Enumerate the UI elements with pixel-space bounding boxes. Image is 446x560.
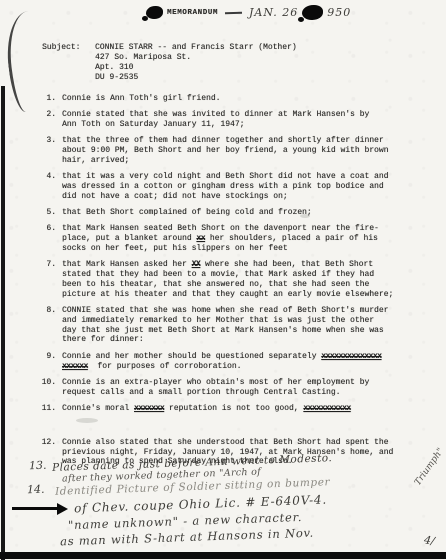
item-number: 3. [38,136,56,165]
handwritten-item-14-number: 14. [27,483,45,497]
item-text: Connie and her mother should be question… [62,352,426,372]
scan-edge-bottom [0,552,446,559]
subject-name: CONNIE STARR -- and Francis Starr (Mothe… [95,43,297,53]
memo-item: 4.that it was a very cold night and Beth… [38,172,430,201]
item-number: 6. [38,224,56,253]
subject-block: Subject: CONNIE STARR -- and Francis Sta… [42,43,297,83]
item-text: that the three of them had dinner togeth… [62,136,426,165]
scan-edge-left [1,86,5,560]
handwritten-dash [225,11,242,14]
handwritten-date: JAN. 26 [249,6,298,19]
item-number: 10. [38,378,56,398]
item-text: Connie stated that she was invited to di… [62,110,426,130]
memo-item: 10.Connie is an extra-player who obtain'… [38,378,430,398]
memo-header: MEMORANDUM JAN. 26 950 [146,5,351,20]
memo-item: 2.Connie stated that she was invited to … [38,110,430,130]
handwritten-corner-mark: 4/ [423,533,435,547]
subject-phone: DU 9-2535 [95,73,297,83]
item-text: that Beth Short complained of being cold… [62,208,426,218]
subject-label: Subject: [42,43,95,83]
item-text: that Mark Hansen seated Beth Short on th… [62,224,426,253]
item-text: Connie is an extra-player who obtain's m… [62,378,426,398]
memo-item: 7.that Mark Hansen asked her XX where sh… [38,260,430,299]
paper-crease-mark [2,11,43,114]
memorandum-title: MEMORANDUM [167,9,218,17]
item-number: 7. [38,260,56,299]
item-text: that it was a very cold night and Beth S… [62,172,426,201]
item-number: 2. [38,110,56,130]
item-number: 11. [38,404,56,414]
subject-street: 427 So. Mariposa St. [95,53,297,63]
item-number: 1. [38,94,56,104]
memo-item: 3.that the three of them had dinner toge… [38,136,430,165]
handwritten-item-13-number: 13. [29,459,47,473]
item-text: Connie's moral xxxxxxx reputation is not… [62,404,426,414]
ink-blot-icon [146,6,163,19]
item-text: CONNIE stated that she was home when she… [62,306,426,345]
memo-scan-page: MEMORANDUM JAN. 26 950 Subject: CONNIE S… [0,0,446,560]
item-text: that Mark Hansen asked her XX where she … [62,260,426,299]
memo-item: 8.CONNIE stated that she was home when s… [38,306,430,345]
item-text: Connie is Ann Toth's girl friend. [62,94,426,104]
memo-item: 5.that Beth Short complained of being co… [38,208,430,218]
subject-value: CONNIE STARR -- and Francis Starr (Mothe… [95,43,297,83]
item-number: 8. [38,306,56,345]
subject-apt: Apt. 310 [95,63,297,73]
memo-item: 6.that Mark Hansen seated Beth Short on … [38,224,430,253]
handwritten-arrow-icon [12,507,58,510]
memo-item: 9.Connie and her mother should be questi… [38,352,430,372]
memo-item: 1.Connie is Ann Toth's girl friend. [38,94,430,104]
item-number: 9. [38,352,56,372]
handwritten-year: 950 [327,6,351,19]
memo-item: 11.Connie's moral xxxxxxx reputation is … [38,404,430,414]
item-number: 5. [38,208,56,218]
memo-items: 1.Connie is Ann Toth's girl friend.2.Con… [38,94,430,467]
item-number: 4. [38,172,56,201]
ink-blot-icon [302,5,323,20]
